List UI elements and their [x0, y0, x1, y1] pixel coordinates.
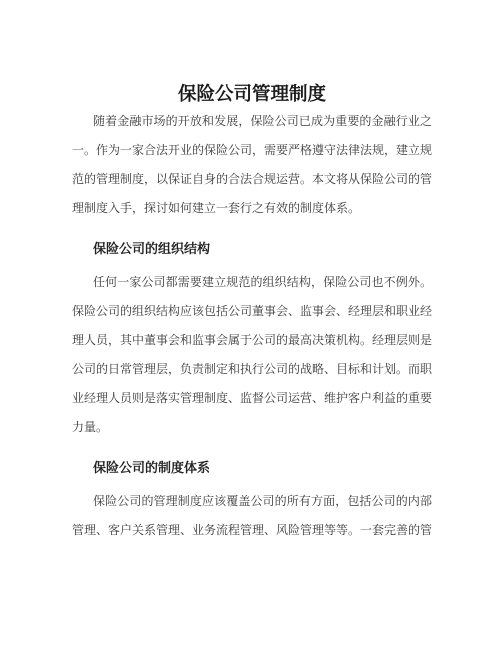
document-title: 保险公司管理制度 — [72, 81, 432, 107]
section-heading-institution-system: 保险公司的制度体系 — [72, 453, 432, 482]
intro-paragraph: 随着金融市场的开放和发展，保险公司已成为重要的金融行业之一。作为一家合法开业的保… — [72, 107, 432, 223]
document-page: 保险公司管理制度 随着金融市场的开放和发展，保险公司已成为重要的金融行业之一。作… — [0, 0, 500, 647]
organization-structure-paragraph: 任何一家公司都需要建立规范的组织结构，保险公司也不例外。保险公司的组织结构应该包… — [72, 268, 432, 442]
section-heading-organization-structure: 保险公司的组织结构 — [72, 234, 432, 263]
institution-system-paragraph: 保险公司的管理制度应该覆盖公司的所有方面，包括公司的内部管理、客户关系管理、业务… — [72, 487, 432, 545]
